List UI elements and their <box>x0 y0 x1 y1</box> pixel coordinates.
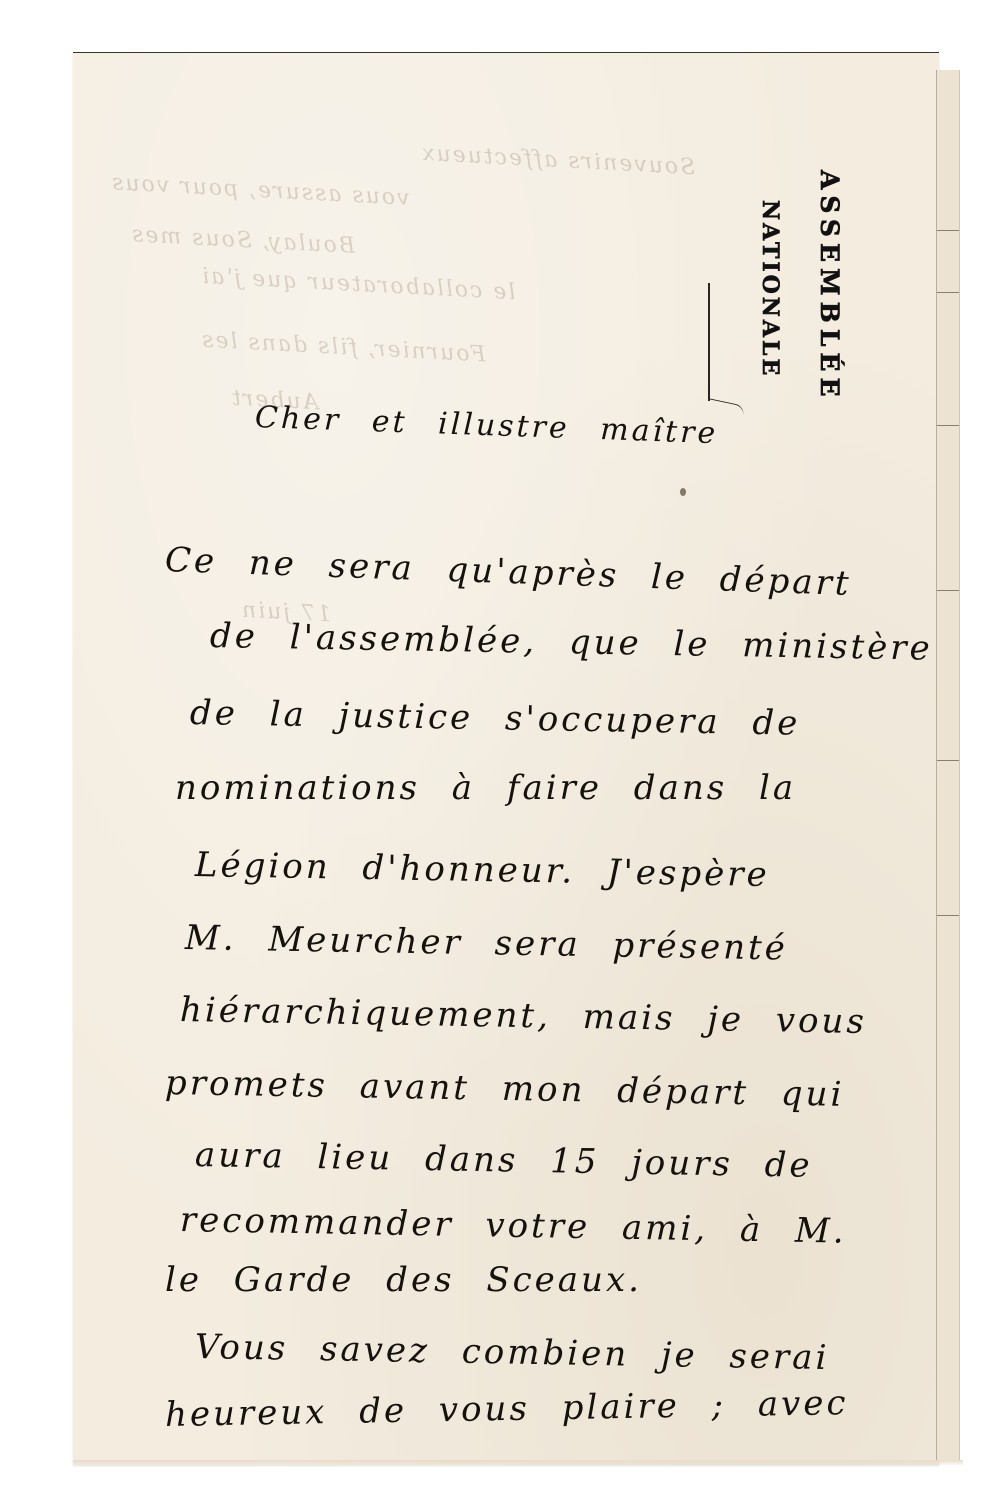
edge-tear <box>937 760 959 761</box>
edge-tear <box>937 292 959 293</box>
folded-edge <box>936 70 960 1460</box>
letterhead-assemblee: ASSEMBLÉE <box>815 170 844 403</box>
edge-tear <box>937 915 959 916</box>
sheet-bottom-edge <box>73 1460 963 1466</box>
body-line: le Garde des Sceaux. <box>165 1260 642 1300</box>
edge-tear <box>937 425 959 426</box>
letterhead: ASSEMBLÉE NATIONALE <box>815 170 875 500</box>
edge-tear <box>937 590 959 591</box>
edge-tear <box>937 230 959 231</box>
letterhead-nationale: NATIONALE <box>757 200 783 378</box>
letterhead-rule <box>708 283 710 401</box>
body-line: nominations à faire dans la <box>175 768 796 808</box>
ink-spot <box>680 488 686 496</box>
